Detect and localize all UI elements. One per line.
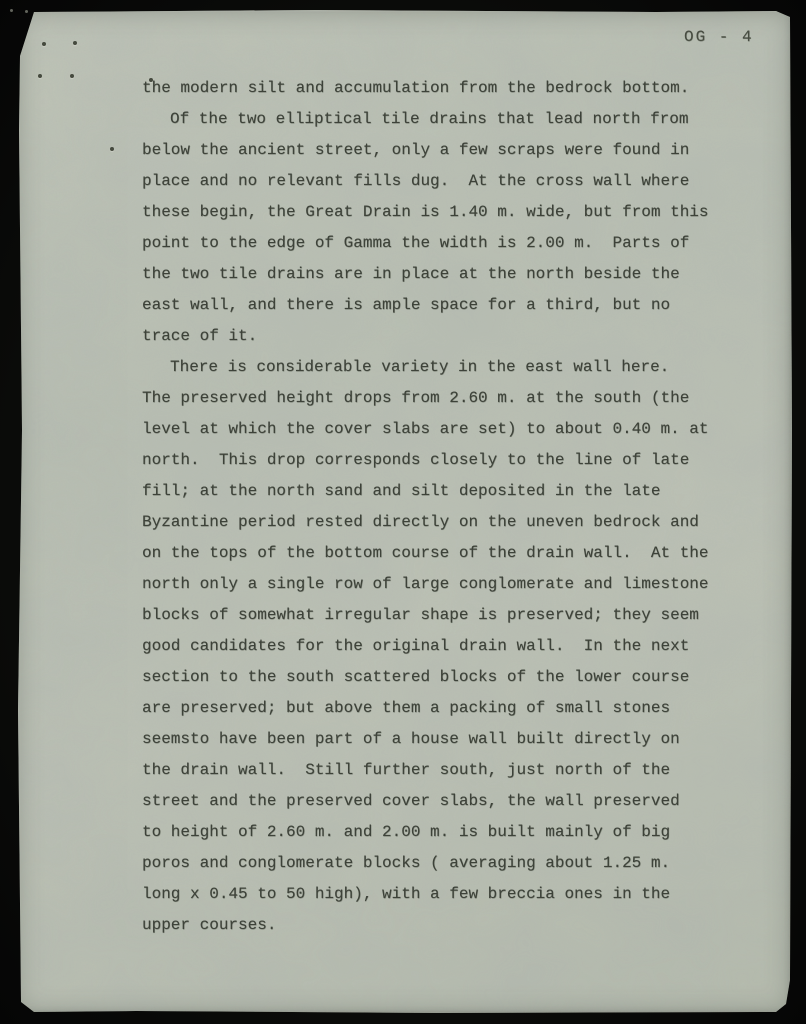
text-line: north. This drop corresponds closely to … (142, 445, 754, 476)
text-line: street and the preserved cover slabs, th… (142, 786, 754, 817)
text-line: to height of 2.60 m. and 2.00 m. is buil… (142, 817, 754, 848)
text-line: on the tops of the bottom course of the … (142, 538, 754, 569)
text-line: the two tile drains are in place at the … (142, 259, 754, 290)
scanned-page-background: OG - 4 the modern silt and accumulation … (0, 0, 806, 1024)
text-line: Of the two elliptical tile drains that l… (142, 104, 754, 135)
dust-speck (25, 10, 28, 13)
text-line: the modern silt and accumulation from th… (142, 73, 754, 104)
text-line: east wall, and there is ample space for … (142, 290, 754, 321)
text-line: long x 0.45 to 50 high), with a few brec… (142, 879, 754, 910)
text-line: Byzantine period rested directly on the … (142, 507, 754, 538)
pinhole (42, 42, 46, 46)
text-line: the drain wall. Still further south, jus… (142, 755, 754, 786)
dust-speck (10, 9, 13, 12)
text-line: north only a single row of large conglom… (142, 569, 754, 600)
text-line: level at which the cover slabs are set) … (142, 414, 754, 445)
text-line: poros and conglomerate blocks ( averagin… (142, 848, 754, 879)
page-number-label: OG - 4 (684, 28, 754, 46)
text-line: blocks of somewhat irregular shape is pr… (142, 600, 754, 631)
text-line: good candidates for the original drain w… (142, 631, 754, 662)
text-line: are preserved; but above them a packing … (142, 693, 754, 724)
text-line: section to the south scattered blocks of… (142, 662, 754, 693)
text-line: There is considerable variety in the eas… (142, 352, 754, 383)
text-line: below the ancient street, only a few scr… (142, 135, 754, 166)
pinhole (70, 74, 74, 78)
text-line: fill; at the north sand and silt deposit… (142, 476, 754, 507)
pinhole (73, 41, 77, 45)
text-line: upper courses. (142, 910, 754, 941)
text-line: seemsto have been part of a house wall b… (142, 724, 754, 755)
typewritten-text: the modern silt and accumulation from th… (142, 73, 754, 941)
text-line: point to the edge of Gamma the width is … (142, 228, 754, 259)
pinhole (38, 74, 42, 78)
text-line: trace of it. (142, 321, 754, 352)
text-line: The preserved height drops from 2.60 m. … (142, 383, 754, 414)
pinhole (110, 147, 114, 151)
text-line: these begin, the Great Drain is 1.40 m. … (142, 197, 754, 228)
document-page: OG - 4 the modern silt and accumulation … (16, 10, 792, 1014)
text-line: place and no relevant fills dug. At the … (142, 166, 754, 197)
